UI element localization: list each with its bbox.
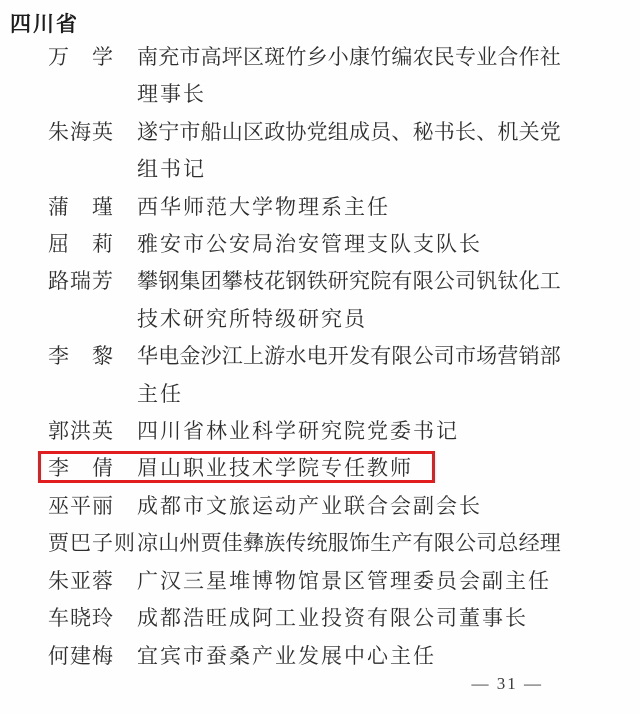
entry-title-line: 技术研究所特级研究员 xyxy=(137,301,567,338)
entry-title-line: 眉山职业技术学院专任教师 xyxy=(137,450,567,487)
entry-title-line: 组书记 xyxy=(137,151,567,188)
entry-title: 凉山州贾佳彝族传统服饰生产有限公司总经理 xyxy=(137,525,567,562)
section-title: 四川省 xyxy=(10,8,79,38)
entry-title-line: 凉山州贾佳彝族传统服饰生产有限公司总经理 xyxy=(137,525,567,562)
entry-title: 成都市文旅运动产业联合会副会长 xyxy=(137,488,567,525)
entry-name: 蒲 瑾 xyxy=(48,189,132,226)
entry-title: 攀钢集团攀枝花钢铁研究院有限公司钒钛化工技术研究所特级研究员 xyxy=(137,263,567,338)
entry-title: 遂宁市船山区政协党组成员、秘书长、机关党组书记 xyxy=(137,114,567,189)
entry-name: 屈 莉 xyxy=(48,226,132,263)
entry-title-line: 宜宾市蚕桑产业发展中心主任 xyxy=(137,638,567,675)
entry-name: 车晓玲 xyxy=(48,600,132,637)
entry-title-line: 南充市高坪区斑竹乡小康竹编农民专业合作社 xyxy=(137,39,567,76)
entry-title-line: 遂宁市船山区政协党组成员、秘书长、机关党 xyxy=(137,114,567,151)
entry-name: 贾巴子则 xyxy=(48,525,132,562)
entry-row: 蒲 瑾 西华师范大学物理系主任 xyxy=(48,189,567,226)
entry-title: 宜宾市蚕桑产业发展中心主任 xyxy=(137,638,567,675)
entry-name: 李 倩 xyxy=(48,450,132,487)
entry-name: 李 黎 xyxy=(48,338,132,375)
entry-title-line: 成都市文旅运动产业联合会副会长 xyxy=(137,488,567,525)
entry-name: 何建梅 xyxy=(48,638,132,675)
entry-row: 车晓玲 成都浩旺成阿工业投资有限公司董事长 xyxy=(48,600,567,637)
entry-title-line: 西华师范大学物理系主任 xyxy=(137,189,567,226)
entry-row: 万 学 南充市高坪区斑竹乡小康竹编农民专业合作社理事长 xyxy=(48,39,567,114)
entry-title: 广汉三星堆博物馆景区管理委员会副主任 xyxy=(137,563,567,600)
entry-row: 朱海英 遂宁市船山区政协党组成员、秘书长、机关党组书记 xyxy=(48,114,567,189)
entry-title-line: 雅安市公安局治安管理支队支队长 xyxy=(137,226,567,263)
entry-name: 万 学 xyxy=(48,39,132,76)
entry-title-line: 成都浩旺成阿工业投资有限公司董事长 xyxy=(137,600,567,637)
entry-row: 郭洪英 四川省林业科学研究院党委书记 xyxy=(48,413,567,450)
entry-title: 成都浩旺成阿工业投资有限公司董事长 xyxy=(137,600,567,637)
entry-title-line: 攀钢集团攀枝花钢铁研究院有限公司钒钛化工 xyxy=(137,263,567,300)
entry-title-line: 华电金沙江上游水电开发有限公司市场营销部 xyxy=(137,338,567,375)
page-number: — 31 — xyxy=(0,674,640,694)
entries-list: 万 学 南充市高坪区斑竹乡小康竹编农民专业合作社理事长 朱海英 遂宁市船山区政协… xyxy=(48,39,567,675)
entry-title-line: 广汉三星堆博物馆景区管理委员会副主任 xyxy=(137,563,567,600)
entry-name: 朱海英 xyxy=(48,114,132,151)
entry-title-line: 主任 xyxy=(137,376,567,413)
document-page: 四川省 万 学 南充市高坪区斑竹乡小康竹编农民专业合作社理事长 朱海英 遂宁市船… xyxy=(0,0,640,714)
entry-title-line: 理事长 xyxy=(137,76,567,113)
entry-row: 李 倩 眉山职业技术学院专任教师 xyxy=(48,450,567,487)
entry-row: 贾巴子则 凉山州贾佳彝族传统服饰生产有限公司总经理 xyxy=(48,525,567,562)
entry-row: 李 黎 华电金沙江上游水电开发有限公司市场营销部主任 xyxy=(48,338,567,413)
entry-row: 屈 莉 雅安市公安局治安管理支队支队长 xyxy=(48,226,567,263)
entry-name: 朱亚蓉 xyxy=(48,563,132,600)
entry-row: 何建梅 宜宾市蚕桑产业发展中心主任 xyxy=(48,638,567,675)
entry-row: 朱亚蓉 广汉三星堆博物馆景区管理委员会副主任 xyxy=(48,563,567,600)
entry-row: 路瑞芳 攀钢集团攀枝花钢铁研究院有限公司钒钛化工技术研究所特级研究员 xyxy=(48,263,567,338)
entry-title: 四川省林业科学研究院党委书记 xyxy=(137,413,567,450)
entry-row: 巫平丽 成都市文旅运动产业联合会副会长 xyxy=(48,488,567,525)
entry-name: 巫平丽 xyxy=(48,488,132,525)
entry-name: 路瑞芳 xyxy=(48,263,132,300)
entry-name: 郭洪英 xyxy=(48,413,132,450)
entry-title: 西华师范大学物理系主任 xyxy=(137,189,567,226)
entry-title: 南充市高坪区斑竹乡小康竹编农民专业合作社理事长 xyxy=(137,39,567,114)
entry-title-line: 四川省林业科学研究院党委书记 xyxy=(137,413,567,450)
entry-title: 眉山职业技术学院专任教师 xyxy=(137,450,567,487)
entry-title: 华电金沙江上游水电开发有限公司市场营销部主任 xyxy=(137,338,567,413)
entry-title: 雅安市公安局治安管理支队支队长 xyxy=(137,226,567,263)
